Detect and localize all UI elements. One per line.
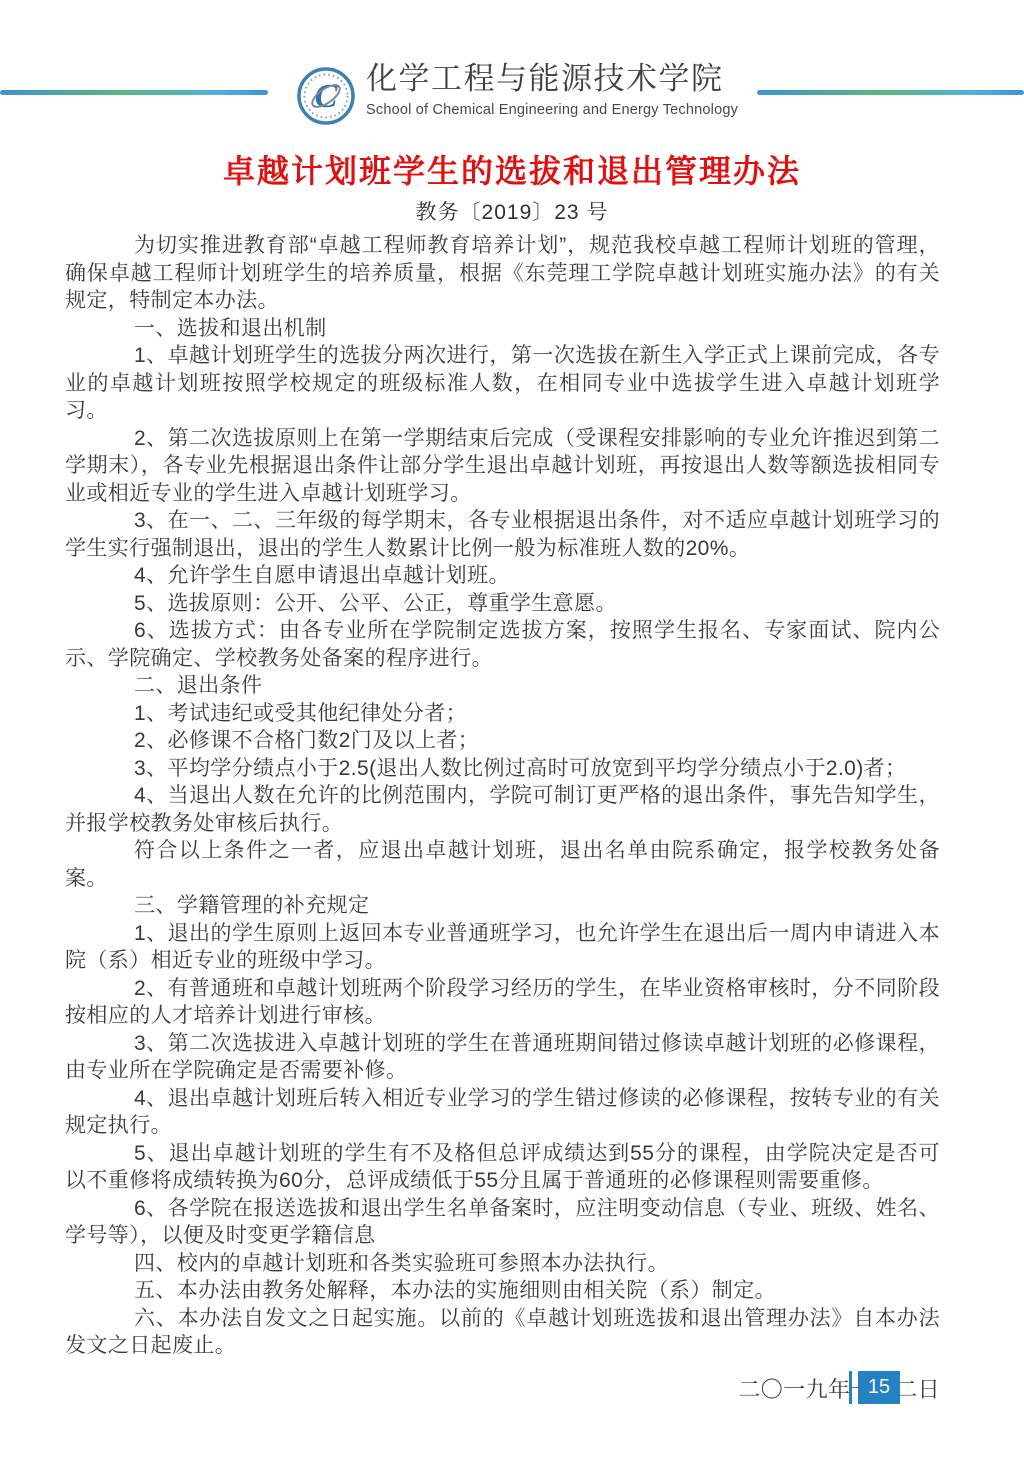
body-paragraph: 1、退出的学生原则上返回本专业普通班学习，也允许学生在退出后一周内申请进入本院（… [65,920,940,975]
svg-text:C: C [315,78,338,115]
document-number: 教务〔2019〕23 号 [0,196,1024,226]
school-name-english: School of Chemical Engineering and Energ… [366,101,738,119]
body-paragraph: 4、允许学生自愿申请退出卓越计划班。 [65,562,940,590]
body-paragraph: 4、当退出人数在允许的比例范围内，学院可制订更严格的退出条件，事先告知学生，并报… [65,782,940,837]
page-footer: 15 [849,1371,900,1404]
body-paragraph: 5、退出卓越计划班的学生有不及格但总评成绩达到55分的课程，由学院决定是否可以不… [65,1140,940,1195]
body-paragraph: 3、平均学分绩点小于2.5(退出人数比例过高时可放宽到平均学分绩点小于2.0)者… [65,755,940,783]
body-paragraph: 2、有普通班和卓越计划班两个阶段学习经历的学生，在毕业资格审核时，分不同阶段按相… [65,975,940,1030]
body-paragraph: 五、本办法由教务处解释，本办法的实施细则由相关院（系）制定。 [65,1277,940,1305]
school-seal-icon: C [296,66,356,126]
body-paragraph: 四、校内的卓越计划班和各类实验班可参照本办法执行。 [65,1250,940,1278]
body-paragraph: 二、退出条件 [65,672,940,700]
school-name-chinese: 化学工程与能源技术学院 [366,60,738,98]
body-paragraph: 6、选拔方式：由各专业所在学院制定选拔方案，按照学生报名、专家面试、院内公示、学… [65,617,940,672]
body-paragraph: 1、考试违纪或受其他纪律处分者； [65,700,940,728]
body-paragraph: 六、本办法自发文之日起实施。以前的《卓越计划班选拔和退出管理办法》自本办法发文之… [65,1305,940,1360]
document-title: 卓越计划班学生的选拔和退出管理办法 [0,146,1024,192]
document-body: 为切实推进教育部“卓越工程师教育培养计划”，规范我校卓越工程师计划班的管理，确保… [65,232,940,1403]
body-paragraph: 5、选拔原则：公开、公平、公正，尊重学生意愿。 [65,590,940,618]
body-paragraph: 一、选拔和退出机制 [65,315,940,343]
page-number-divider [849,1371,852,1404]
school-name-block: 化学工程与能源技术学院 School of Chemical Engineeri… [366,60,738,119]
body-paragraph: 2、必修课不合格门数2门及以上者； [65,727,940,755]
header-rule-left [0,90,268,95]
body-paragraph: 6、各学院在报送选拔和退出学生名单备案时，应注明变动信息（专业、班级、姓名、学号… [65,1195,940,1250]
body-paragraph: 三、学籍管理的补充规定 [65,892,940,920]
body-paragraph: 为切实推进教育部“卓越工程师教育培养计划”，规范我校卓越工程师计划班的管理，确保… [65,232,940,315]
body-paragraph: 1、卓越计划班学生的选拔分两次进行，第一次选拔在新生入学正式上课前完成，各专业的… [65,342,940,425]
document-page: C 化学工程与能源技术学院 School of Chemical Enginee… [0,0,1024,1462]
body-paragraph: 符合以上条件之一者，应退出卓越计划班，退出名单由院系确定，报学校教务处备案。 [65,837,940,892]
header-rule-right [757,90,1024,95]
body-paragraph: 2、第二次选拔原则上在第一学期结束后完成（受课程安排影响的专业允许推迟到第二学期… [65,425,940,508]
body-paragraph: 3、第二次选拔进入卓越计划班的学生在普通班期间错过修读卓越计划班的必修课程，由专… [65,1030,940,1085]
document-date: 二〇一九年一月二日 [65,1376,940,1404]
body-paragraph: 3、在一、二、三年级的每学期末，各专业根据退出条件，对不适应卓越计划班学习的学生… [65,507,940,562]
page-number-badge: 15 [858,1371,900,1404]
body-paragraph: 4、退出卓越计划班后转入相近专业学习的学生错过修读的必修课程，按转专业的有关规定… [65,1085,940,1140]
